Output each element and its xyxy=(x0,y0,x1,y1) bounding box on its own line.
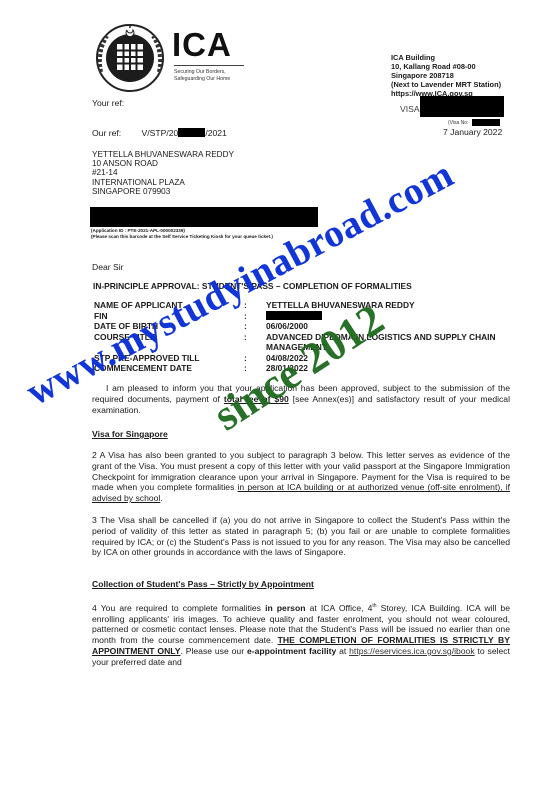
para-text: at xyxy=(336,646,349,656)
our-ref-label: Our ref: xyxy=(92,128,121,138)
field-value: 06/06/2000 xyxy=(266,321,536,332)
redacted-ref-number xyxy=(178,128,205,137)
paragraph-2: 2 A Visa has also been granted to you su… xyxy=(92,450,510,504)
ica-emblem-icon xyxy=(95,22,165,94)
redacted-visa-number xyxy=(472,119,500,126)
recipient-address: YETTELLA BHUVANESWARA REDDY 10 ANSON ROA… xyxy=(92,150,234,196)
logo-divider xyxy=(174,65,244,66)
redacted-fin xyxy=(266,311,322,320)
para-text: 4 You are required to complete formaliti… xyxy=(92,603,265,613)
paragraph-3: 3 The Visa shall be cancelled if (a) you… xyxy=(92,515,510,558)
field-colon: : xyxy=(244,311,266,322)
para-text: . xyxy=(160,493,162,503)
address-line: Singapore 208718 xyxy=(391,71,501,80)
your-ref-label: Your ref: xyxy=(92,98,124,109)
tagline-line-2: Safeguarding Our Home xyxy=(174,76,230,83)
visa-no-label: (Visa No: xyxy=(448,120,468,126)
visa-label: VISA xyxy=(400,104,420,114)
heading-visa: Visa for Singapore xyxy=(92,429,168,439)
tagline-line-1: Securing Our Borders, xyxy=(174,69,230,76)
our-ref-prefix: V/STP/20 xyxy=(142,128,179,138)
recipient-name: YETTELLA BHUVANESWARA REDDY xyxy=(92,150,234,159)
field-colon: : xyxy=(244,321,266,332)
agency-logo-text: ICA xyxy=(172,28,232,62)
application-info: (Application ID : PTE-2021-APL-000002339… xyxy=(91,228,273,240)
address-line: 10, Kallang Road #08-00 xyxy=(391,62,501,71)
recipient-line: SINGAPORE 079903 xyxy=(92,187,234,196)
para-bold: in person xyxy=(265,603,305,613)
our-ref: Our ref: V/STP/20/2021 xyxy=(92,128,227,139)
salutation: Dear Sir xyxy=(92,262,124,273)
redacted-barcode xyxy=(90,207,318,227)
para-text: at ICA Office, 4 xyxy=(305,603,372,613)
redacted-visa-stamp xyxy=(420,96,504,117)
eservices-link[interactable]: https://eservices.ica.gov.sg/ibook xyxy=(349,646,474,656)
agency-address: ICA Building 10, Kallang Road #08-00 Sin… xyxy=(391,53,501,98)
para-bold: e-appointment facility xyxy=(247,646,336,656)
heading-collection: Collection of Student's Pass – Strictly … xyxy=(92,579,314,589)
agency-tagline: Securing Our Borders, Safeguarding Our H… xyxy=(174,69,230,82)
field-value xyxy=(266,311,536,322)
address-line: ICA Building xyxy=(391,53,501,62)
barcode-note: (Please scan this barcode at the Self Se… xyxy=(91,234,273,240)
our-ref-suffix: /2021 xyxy=(205,128,227,138)
paragraph-4: 4 You are required to complete formaliti… xyxy=(92,601,510,668)
field-colon: : xyxy=(244,332,266,353)
address-line: (Next to Lavender MRT Station) xyxy=(391,80,501,89)
recipient-line: INTERNATIONAL PLAZA xyxy=(92,178,234,187)
recipient-line: 10 ANSON ROAD xyxy=(92,159,234,168)
para-text: . Please use our xyxy=(181,646,247,656)
letter-date: 7 January 2022 xyxy=(443,127,502,137)
recipient-line: #21-14 xyxy=(92,168,234,177)
field-value: YETTELLA BHUVANESWARA REDDY xyxy=(266,300,536,311)
